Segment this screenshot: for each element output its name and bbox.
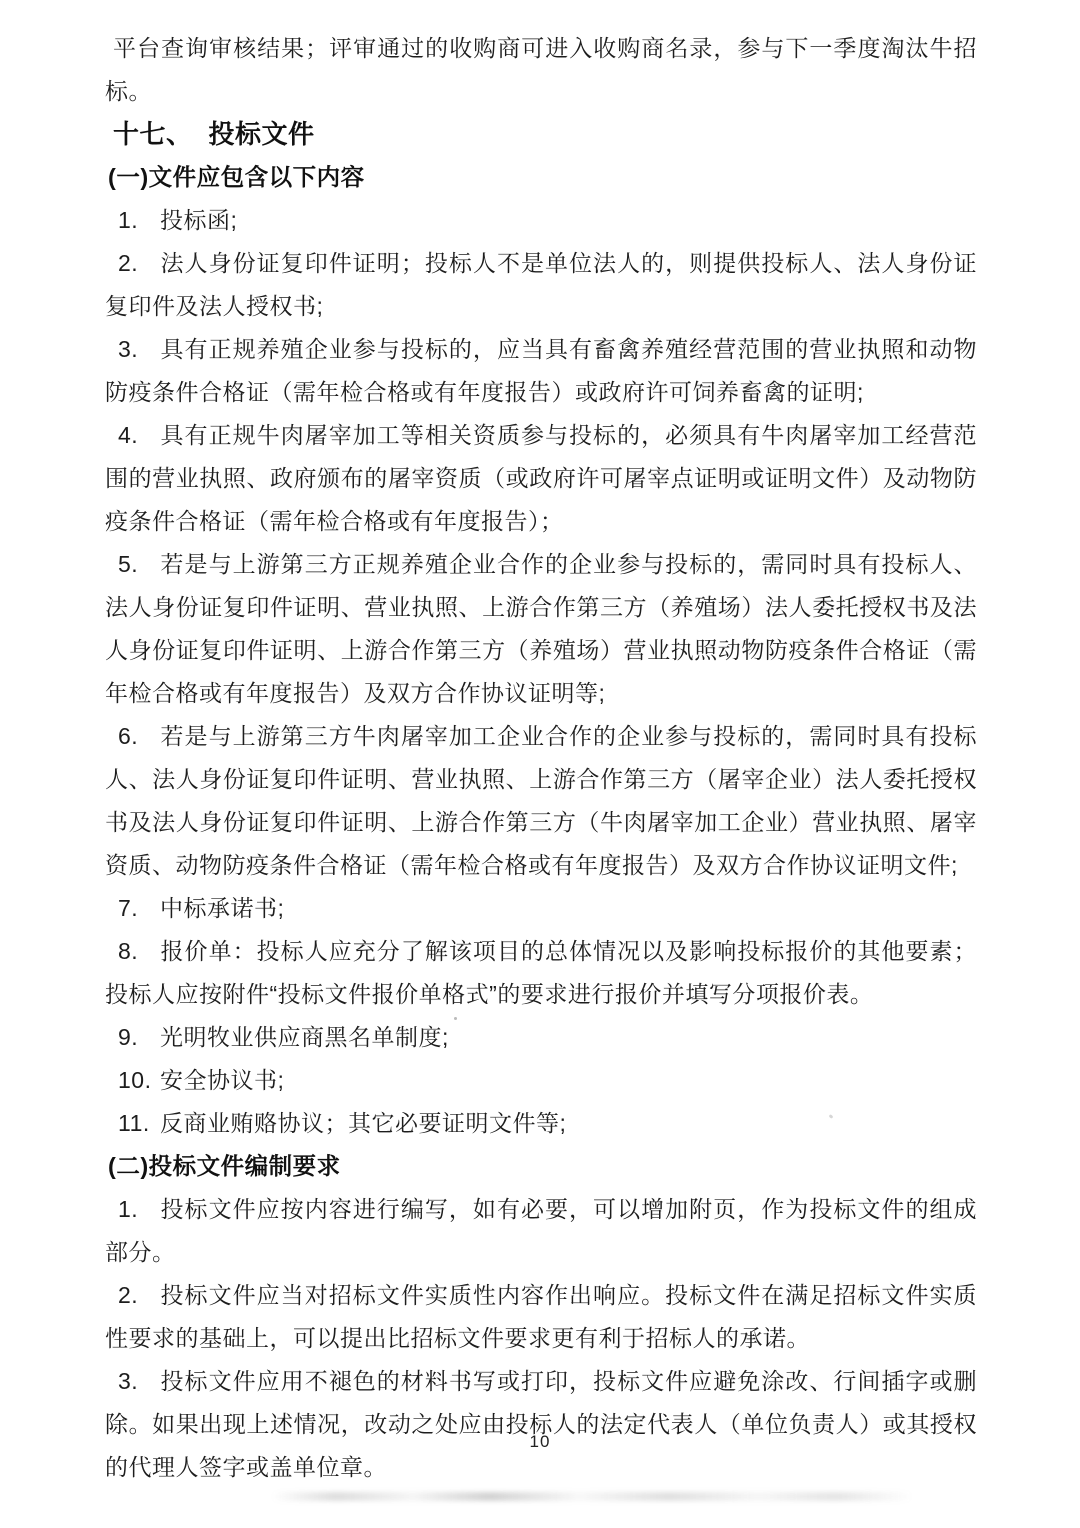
list-item-text: 安全协议书; xyxy=(160,1067,284,1093)
scan-bleed-through-smudge xyxy=(272,1492,912,1501)
scan-speck xyxy=(454,1017,457,1020)
list-item-text: 法人身份证复印件证明；投标人不是单位法人的，则提供投标人、法人身份证复印件及法人… xyxy=(105,250,977,319)
list-item-number: 7. xyxy=(118,887,160,930)
list-item-8: 8.报价单：投标人应充分了解该项目的总体情况以及影响投标报价的其他要素；投标人应… xyxy=(105,930,977,1016)
list-item-3: 3.具有正规养殖企业参与投标的，应当具有畜禽养殖经营范围的营业执照和动物防疫条件… xyxy=(105,328,977,414)
list-item-number: 2. xyxy=(118,242,160,285)
list-item-number: 1. xyxy=(118,199,160,242)
page-number: 10 xyxy=(0,1432,1080,1452)
list-item-number: 4. xyxy=(118,414,160,457)
list-item-5: 5.若是与上游第三方正规养殖企业合作的企业参与投标的，需同时具有投标人、法人身份… xyxy=(105,543,977,715)
list-item-s2-1: 1.投标文件应按内容进行编写，如有必要，可以增加附页，作为投标文件的组成部分。 xyxy=(105,1188,977,1274)
list-item-s2-3: 3.投标文件应用不褪色的材料书写或打印，投标文件应避免涂改、行间插字或删除。如果… xyxy=(105,1360,977,1489)
list-item-text: 报价单：投标人应充分了解该项目的总体情况以及影响投标报价的其他要素；投标人应按附… xyxy=(105,938,977,1007)
list-item-number: 3. xyxy=(118,1360,160,1403)
list-item-10: 10.安全协议书; xyxy=(105,1059,977,1102)
list-item-number: 1. xyxy=(118,1188,160,1231)
list-item-11: 11.反商业贿赂协议；其它必要证明文件等; xyxy=(105,1102,977,1145)
list-item-text: 若是与上游第三方牛肉屠宰加工企业合作的企业参与投标的，需同时具有投标人、法人身份… xyxy=(105,723,977,878)
section-heading-number: 十七、 xyxy=(113,119,193,149)
list-item-number: 3. xyxy=(118,328,160,371)
subsection-1-heading: (一)文件应包含以下内容 xyxy=(105,156,977,199)
document-page: 平台查询审核结果；评审通过的收购商可进入收购商名录，参与下一季度淘汰牛招标。 十… xyxy=(0,0,1080,1528)
list-item-text: 光明牧业供应商黑名单制度; xyxy=(160,1024,449,1050)
list-item-text: 具有正规牛肉屠宰加工等相关资质参与投标的，必须具有牛肉屠宰加工经营范围的营业执照… xyxy=(105,422,977,534)
list-item-9: 9.光明牧业供应商黑名单制度; xyxy=(105,1016,977,1059)
list-item-text: 中标承诺书; xyxy=(160,895,284,921)
list-item-number: 5. xyxy=(118,543,160,586)
list-item-number: 6. xyxy=(118,715,160,758)
list-item-text: 反商业贿赂协议；其它必要证明文件等; xyxy=(160,1110,566,1136)
list-item-2: 2.法人身份证复印件证明；投标人不是单位法人的，则提供投标人、法人身份证复印件及… xyxy=(105,242,977,328)
list-item-s2-2: 2.投标文件应当对招标文件实质性内容作出响应。投标文件在满足招标文件实质性要求的… xyxy=(105,1274,977,1360)
intro-paragraph: 平台查询审核结果；评审通过的收购商可进入收购商名录，参与下一季度淘汰牛招标。 xyxy=(105,27,977,113)
document-content: 平台查询审核结果；评审通过的收购商可进入收购商名录，参与下一季度淘汰牛招标。 十… xyxy=(105,27,977,1489)
list-item-text: 若是与上游第三方正规养殖企业合作的企业参与投标的，需同时具有投标人、法人身份证复… xyxy=(105,551,977,706)
section-heading: 十七、投标文件 xyxy=(105,113,977,156)
subsection-2-heading: (二)投标文件编制要求 xyxy=(105,1145,977,1188)
list-item-7: 7.中标承诺书; xyxy=(105,887,977,930)
list-item-text: 投标文件应用不褪色的材料书写或打印，投标文件应避免涂改、行间插字或删除。如果出现… xyxy=(105,1368,977,1480)
list-item-number: 2. xyxy=(118,1274,160,1317)
list-item-number: 11. xyxy=(118,1102,160,1145)
list-item-number: 8. xyxy=(118,930,160,973)
list-item-text: 具有正规养殖企业参与投标的，应当具有畜禽养殖经营范围的营业执照和动物防疫条件合格… xyxy=(105,336,977,405)
list-item-text: 投标文件应按内容进行编写，如有必要，可以增加附页，作为投标文件的组成部分。 xyxy=(105,1196,977,1265)
list-item-text: 投标函; xyxy=(160,207,237,233)
list-item-4: 4.具有正规牛肉屠宰加工等相关资质参与投标的，必须具有牛肉屠宰加工经营范围的营业… xyxy=(105,414,977,543)
list-item-number: 9. xyxy=(118,1016,160,1059)
list-item-text: 投标文件应当对招标文件实质性内容作出响应。投标文件在满足招标文件实质性要求的基础… xyxy=(105,1282,977,1351)
section-heading-title: 投标文件 xyxy=(209,119,315,149)
list-item-1: 1.投标函; xyxy=(105,199,977,242)
list-item-number: 10. xyxy=(118,1059,160,1102)
list-item-6: 6.若是与上游第三方牛肉屠宰加工企业合作的企业参与投标的，需同时具有投标人、法人… xyxy=(105,715,977,887)
